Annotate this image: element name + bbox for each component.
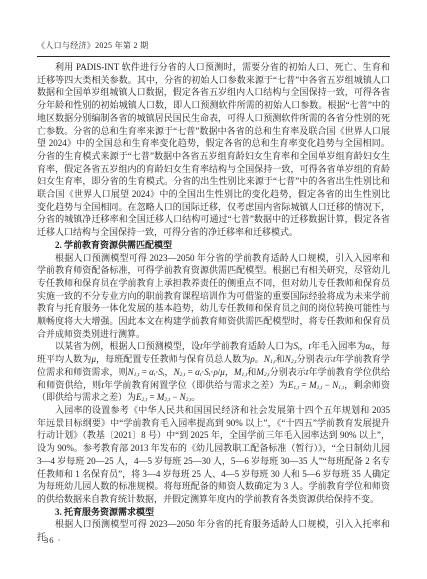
header-rule [37,56,390,57]
section-heading-childcare-demand-model: 3. 托育服务资源需求模型 [37,506,390,519]
paragraph-preschool-model-formulas: 以某省为例，根据人口预测模型，设t年学前教育适龄人口为St，t年毛入园率为αt，… [37,340,390,404]
running-head: 《人口与经济》2025 年第 2 期 [37,40,148,51]
paragraph-enrollment-rate-and-staffing-standards: 入园率的设置参考《中华人民共和国国民经济和社会发展第十四个五年规划和 2035 … [37,404,390,506]
paragraph-childcare-model-intro: 根据人口预测模型可得 2023—2050 年分省的托育服务适龄人口规模，引入入托… [37,518,390,543]
article-body: 利用 PADIS-INT 软件进行分省的人口预测时，需要分省的初始人口、死亡、生… [37,61,390,544]
page-number: · 36 · [37,535,61,545]
journal-page: 《人口与经济》2025 年第 2 期 利用 PADIS-INT 软件进行分省的人… [0,0,427,579]
paragraph-preschool-model-rationale: 根据人口预测模型可得 2023—2050 年分省的学前教育适龄人口规模，引入入园… [37,252,390,341]
paragraph-population-projection-parameters: 利用 PADIS-INT 软件进行分省的人口预测时，需要分省的初始人口、死亡、生… [37,61,390,239]
section-heading-preschool-supply-demand-model: 2. 学前教育资源供需匹配模型 [37,239,390,252]
